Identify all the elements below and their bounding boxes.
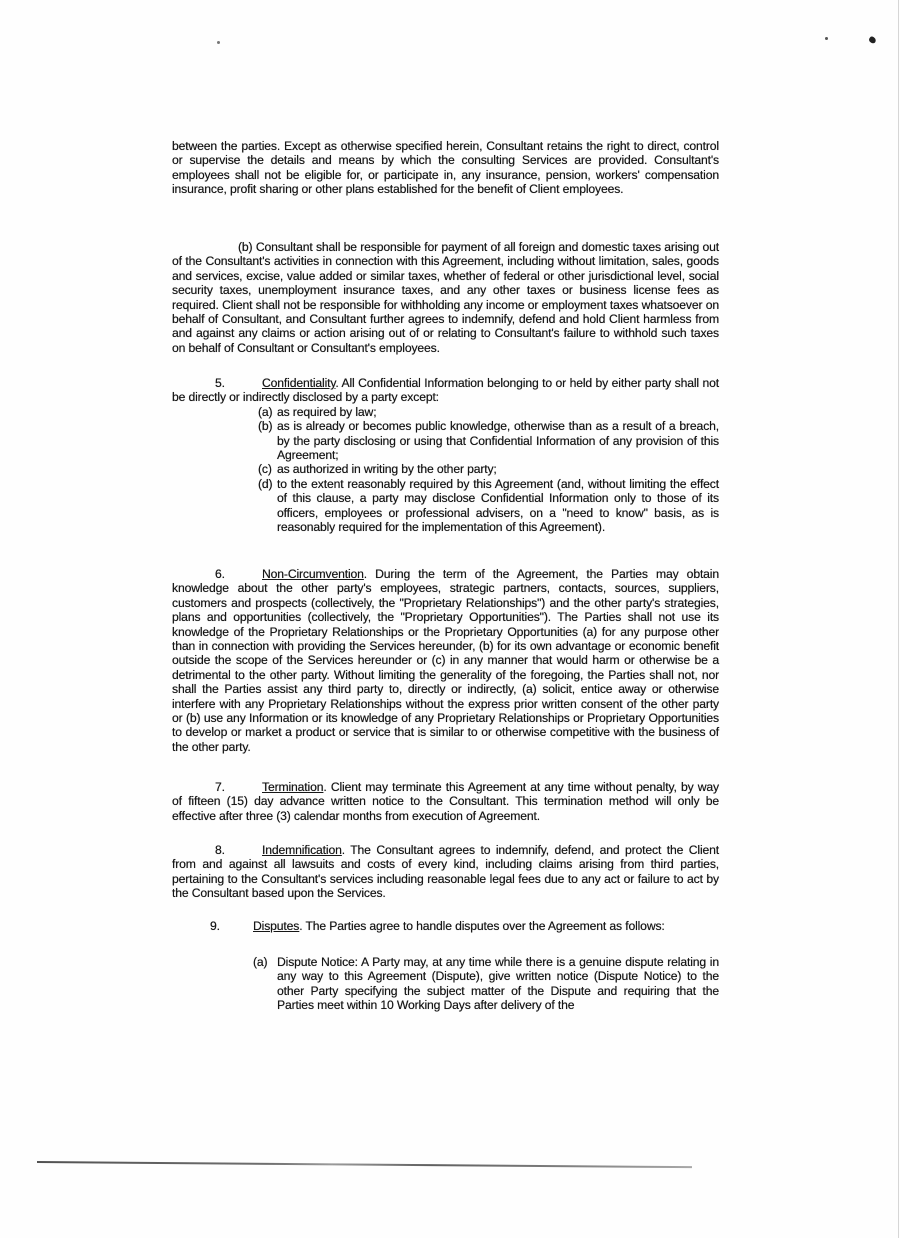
- footer-rule: [37, 1161, 692, 1168]
- scan-speck: [217, 41, 220, 44]
- section-indemnification: 8.Indemnification. The Consultant agrees…: [172, 843, 719, 901]
- item-label: (c): [258, 462, 272, 476]
- item-text: as authorized in writing by the other pa…: [277, 462, 497, 476]
- item-label: (d): [258, 477, 272, 491]
- section-number: 9.: [210, 919, 220, 933]
- list-item: (a)as required by law;: [258, 405, 719, 419]
- page-edge-line: [898, 0, 899, 1238]
- section-heading: Disputes. The Parties agree to handle di…: [253, 919, 665, 933]
- item-label: (a): [258, 405, 272, 419]
- item-label: (a): [253, 955, 267, 969]
- section-title: Confidentiality: [262, 376, 335, 390]
- section-title: Non-Circumvention: [262, 567, 364, 581]
- section-paragraph: 6.Non-Circumvention. During the term of …: [172, 567, 719, 754]
- section-text: . During the term of the Agreement, the …: [172, 567, 719, 754]
- exceptions-list: (a)as required by law; (b)as is already …: [258, 405, 719, 535]
- clause-text: Consultant shall be responsible for paym…: [172, 240, 719, 355]
- section-title: Termination: [262, 780, 323, 794]
- list-item: (d)to the extent reasonably required by …: [258, 477, 719, 535]
- scan-speck: [825, 37, 828, 40]
- list-item: (a) Dispute Notice: A Party may, at any …: [253, 955, 719, 1013]
- item-text: as is already or becomes public knowledg…: [277, 419, 719, 462]
- section-number: 6.: [215, 567, 262, 581]
- section-title: Disputes: [253, 919, 299, 933]
- paragraph-text: between the parties. Except as otherwise…: [172, 139, 719, 197]
- section-number: 8.: [215, 843, 262, 857]
- item-label: (b): [258, 419, 272, 433]
- item-text: Dispute Notice: A Party may, at any time…: [277, 955, 719, 1012]
- section-number: 5.: [215, 376, 262, 390]
- list-item: (c)as authorized in writing by the other…: [258, 462, 719, 476]
- section-title: Indemnification: [262, 843, 342, 857]
- section-text: . The Parties agree to handle disputes o…: [299, 919, 664, 933]
- paragraph-text: (b) Consultant shall be responsible for …: [172, 240, 719, 355]
- item-text: to the extent reasonably required by thi…: [277, 477, 719, 534]
- section-heading: 5.Confidentiality. All Confidential Info…: [172, 376, 719, 405]
- section-confidentiality: 5.Confidentiality. All Confidential Info…: [172, 376, 719, 534]
- section-paragraph: 7.Termination. Client may terminate this…: [172, 780, 719, 823]
- continuation-paragraph: between the parties. Except as otherwise…: [172, 139, 719, 197]
- document-page: between the parties. Except as otherwise…: [0, 0, 900, 1238]
- section-number: 7.: [215, 780, 262, 794]
- taxes-paragraph: (b) Consultant shall be responsible for …: [172, 240, 719, 355]
- section-termination: 7.Termination. Client may terminate this…: [172, 780, 719, 823]
- section-paragraph: 8.Indemnification. The Consultant agrees…: [172, 843, 719, 901]
- section-non-circumvention: 6.Non-Circumvention. During the term of …: [172, 567, 719, 754]
- item-text: as required by law;: [277, 405, 376, 419]
- scan-speck: [868, 36, 877, 45]
- list-item: (b)as is already or becomes public knowl…: [258, 419, 719, 462]
- clause-label: (b): [238, 240, 252, 254]
